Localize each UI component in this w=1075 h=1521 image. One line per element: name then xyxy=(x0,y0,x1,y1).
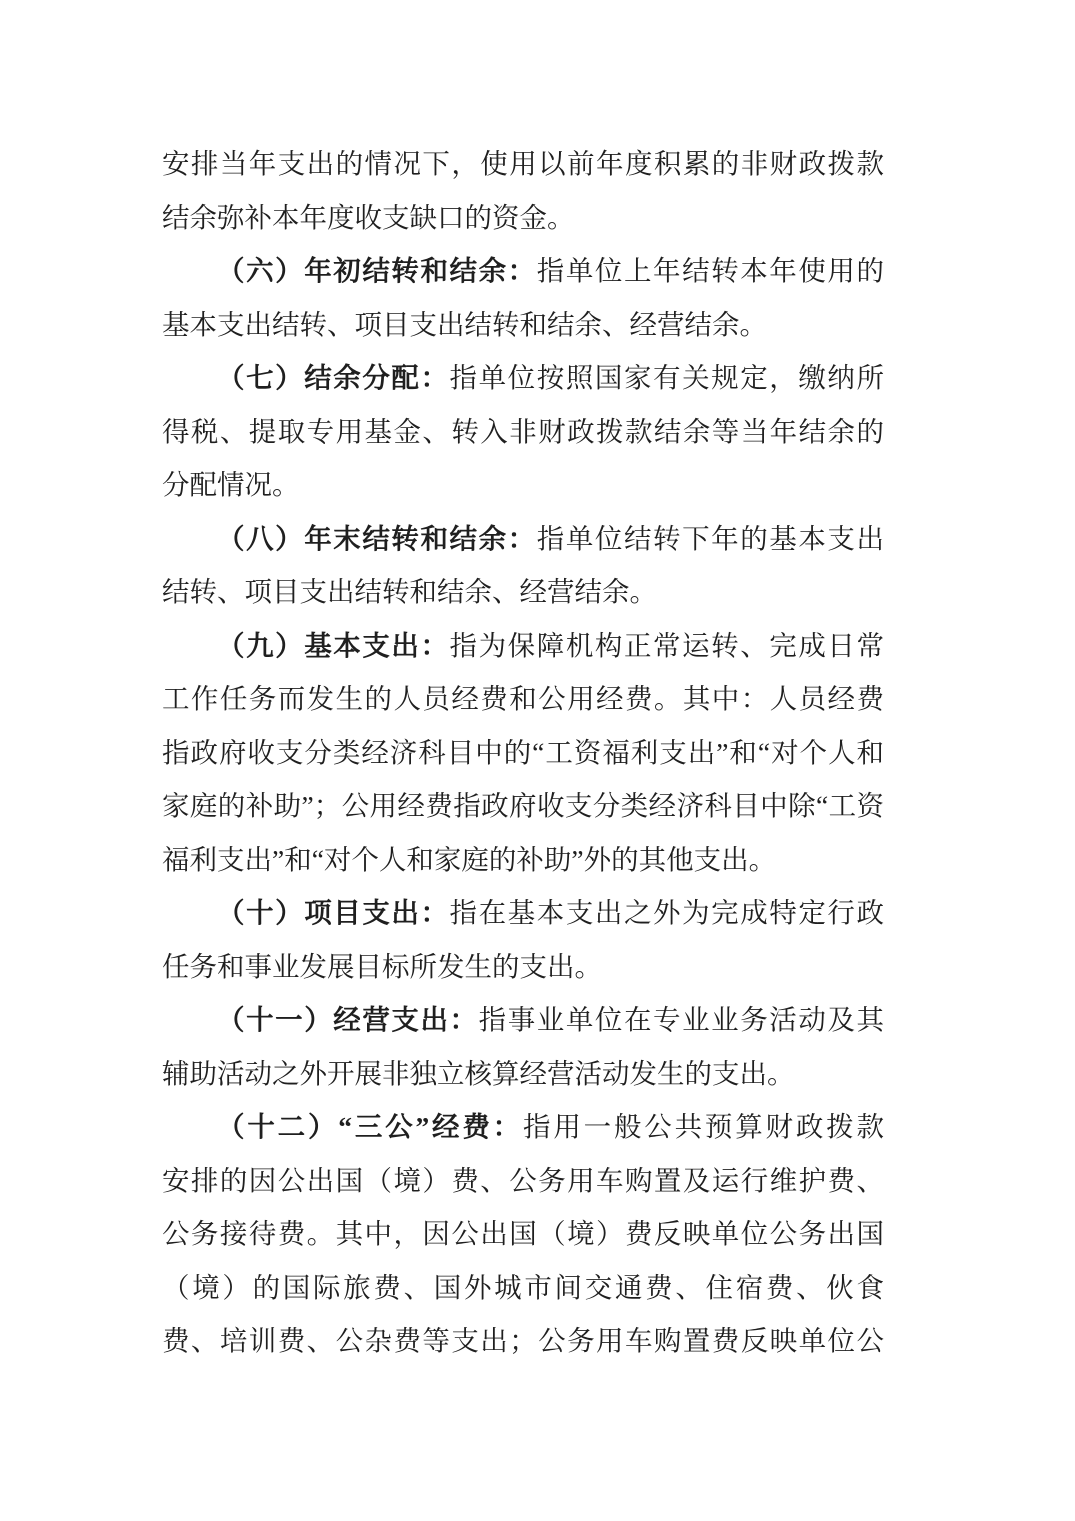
text-segment: 分配情况。 xyxy=(162,469,300,500)
text-line: 费、培训费、公杂费等支出；公务用车购置费反映单位公 xyxy=(162,1314,884,1368)
section-heading-segment: （十二）“三公”经费： xyxy=(217,1111,523,1142)
text-line: 安排的因公出国（境）费、公务用车购置及运行维护费、 xyxy=(162,1154,884,1208)
text-line: （六）年初结转和结余：指单位上年结转本年使用的 xyxy=(162,244,884,298)
text-segment: 指政府收支分类经济科目中的“工资福利支出”和“对个人和 xyxy=(162,737,884,768)
text-segment: 指用一般公共预算财政拨款 xyxy=(523,1111,884,1142)
text-line: 指政府收支分类经济科目中的“工资福利支出”和“对个人和 xyxy=(162,726,884,780)
text-line: 结转、项目支出结转和结余、经营结余。 xyxy=(162,565,884,619)
text-line: 公务接待费。其中，因公出国（境）费反映单位公务出国 xyxy=(162,1207,884,1261)
section-heading-segment: （七）结余分配： xyxy=(217,362,450,393)
text-segment: 安排的因公出国（境）费、公务用车购置及运行维护费、 xyxy=(162,1165,884,1196)
text-line: 安排当年支出的情况下，使用以前年度积累的非财政拨款 xyxy=(162,137,884,191)
text-line: （九）基本支出：指为保障机构正常运转、完成日常 xyxy=(162,619,884,673)
text-line: （八）年末结转和结余：指单位结转下年的基本支出 xyxy=(162,512,884,566)
text-segment: 公务接待费。其中，因公出国（境）费反映单位公务出国 xyxy=(162,1218,884,1249)
text-line: 结余弥补本年度收支缺口的资金。 xyxy=(162,191,884,245)
text-line: 任务和事业发展目标所发生的支出。 xyxy=(162,940,884,994)
text-segment: 指为保障机构正常运转、完成日常 xyxy=(450,630,884,661)
text-segment: 安排当年支出的情况下，使用以前年度积累的非财政拨款 xyxy=(162,148,884,179)
text-line: 得税、提取专用基金、转入非财政拨款结余等当年结余的 xyxy=(162,405,884,459)
text-line: （十二）“三公”经费：指用一般公共预算财政拨款 xyxy=(162,1100,884,1154)
text-segment: 费、培训费、公杂费等支出；公务用车购置费反映单位公 xyxy=(162,1325,884,1356)
document-page: 安排当年支出的情况下，使用以前年度积累的非财政拨款结余弥补本年度收支缺口的资金。… xyxy=(0,0,1075,1521)
text-line: （十一）经营支出：指事业单位在专业业务活动及其 xyxy=(162,993,884,1047)
text-segment: 指单位结转下年的基本支出 xyxy=(537,523,884,554)
section-heading-segment: （八）年末结转和结余： xyxy=(217,523,537,554)
text-segment: 基本支出结转、项目支出结转和结余、经营结余。 xyxy=(162,309,767,340)
text-line: 家庭的补助”；公用经费指政府收支分类经济科目中除“工资 xyxy=(162,779,884,833)
text-segment: 结余弥补本年度收支缺口的资金。 xyxy=(162,202,575,233)
text-block: 安排当年支出的情况下，使用以前年度积累的非财政拨款结余弥补本年度收支缺口的资金。… xyxy=(162,137,884,1368)
section-heading-segment: （十）项目支出： xyxy=(217,897,450,928)
text-line: 工作任务而发生的人员经费和公用经费。其中：人员经费 xyxy=(162,672,884,726)
text-line: （七）结余分配：指单位按照国家有关规定，缴纳所 xyxy=(162,351,884,405)
text-line: （境）的国际旅费、国外城市间交通费、住宿费、伙食 xyxy=(162,1261,884,1315)
text-segment: 得税、提取专用基金、转入非财政拨款结余等当年结余的 xyxy=(162,416,884,447)
text-segment: 指单位上年结转本年使用的 xyxy=(537,255,884,286)
text-line: 辅助活动之外开展非独立核算经营活动发生的支出。 xyxy=(162,1047,884,1101)
section-heading-segment: （六）年初结转和结余： xyxy=(217,255,537,286)
text-segment: 指单位按照国家有关规定，缴纳所 xyxy=(450,362,884,393)
text-segment: 辅助活动之外开展非独立核算经营活动发生的支出。 xyxy=(162,1058,795,1089)
text-segment: 家庭的补助”；公用经费指政府收支分类经济科目中除“工资 xyxy=(162,790,884,821)
text-segment: 工作任务而发生的人员经费和公用经费。其中：人员经费 xyxy=(162,683,884,714)
section-heading-segment: （十一）经营支出： xyxy=(217,1004,479,1035)
text-segment: 结转、项目支出结转和结余、经营结余。 xyxy=(162,576,657,607)
text-line: 福利支出”和“对个人和家庭的补助”外的其他支出。 xyxy=(162,833,884,887)
text-segment: 指事业单位在专业业务活动及其 xyxy=(479,1004,884,1035)
text-line: （十）项目支出：指在基本支出之外为完成特定行政 xyxy=(162,886,884,940)
text-segment: 指在基本支出之外为完成特定行政 xyxy=(450,897,884,928)
text-line: 基本支出结转、项目支出结转和结余、经营结余。 xyxy=(162,298,884,352)
text-segment: 任务和事业发展目标所发生的支出。 xyxy=(162,951,602,982)
text-segment: （境）的国际旅费、国外城市间交通费、住宿费、伙食 xyxy=(162,1272,884,1303)
section-heading-segment: （九）基本支出： xyxy=(217,630,450,661)
text-segment: 福利支出”和“对个人和家庭的补助”外的其他支出。 xyxy=(162,844,776,875)
text-line: 分配情况。 xyxy=(162,458,884,512)
